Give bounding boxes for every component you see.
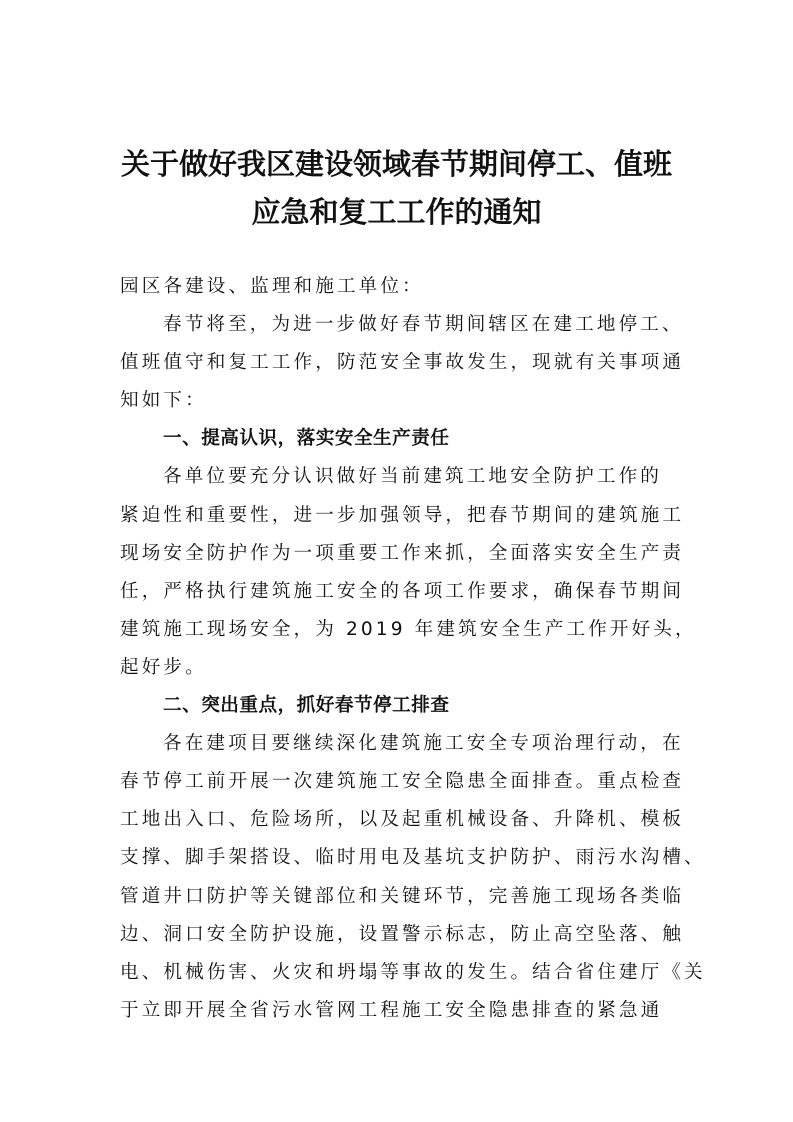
text-line: 各单位要充分认识做好当前建筑工地安全防护工作的 (120, 458, 673, 496)
text-line: 于立即开展全省污水管网工程施工安全隐患排查的紧急通 (120, 992, 673, 1030)
text-line: 各在建项目要继续深化建筑施工安全专项治理行动，在 (120, 725, 673, 763)
text-line: 管道井口防护等关键部位和关键环节，完善施工现场各类临 (120, 878, 673, 916)
section-paragraph: 各在建项目要继续深化建筑施工安全专项治理行动，在 春节停工前开展一次建筑施工安全… (120, 725, 673, 1030)
intro-paragraph: 春节将至，为进一步做好春节期间辖区在建工地停工、 值班值守和复工工作，防范安全事… (120, 306, 673, 420)
text-line: 春节停工前开展一次建筑施工安全隐患全面排查。重点检查 (120, 763, 673, 801)
title-line: 关于做好我区建设领域春节期间停工、值班 (120, 140, 673, 188)
text-line: 知如下： (120, 382, 673, 420)
text-line: 春节将至，为进一步做好春节期间辖区在建工地停工、 (120, 306, 673, 344)
text-line: 电、机械伤害、火灾和坍塌等事故的发生。结合省住建厅《关 (120, 954, 673, 992)
document-title: 关于做好我区建设领域春节期间停工、值班 应急和复工工作的通知 (120, 140, 673, 236)
document-body: 园区各建设、监理和施工单位： 春节将至，为进一步做好春节期间辖区在建工地停工、 … (120, 268, 673, 1030)
text-line: 现场安全防护作为一项重要工作来抓，全面落实安全生产责 (120, 535, 673, 573)
section-heading: 二、突出重点，抓好春节停工排查 (120, 687, 673, 725)
text-line: 建筑施工现场安全，为 2019 年建筑安全生产工作开好头， (120, 611, 673, 649)
text-line: 工地出入口、危险场所，以及起重机械设备、升降机、模板 (120, 801, 673, 839)
section-heading: 一、提高认识，落实安全生产责任 (120, 420, 673, 458)
text-line: 起好步。 (120, 649, 673, 687)
section-paragraph: 各单位要充分认识做好当前建筑工地安全防护工作的 紧迫性和重要性，进一步加强领导，… (120, 458, 673, 687)
text-line: 任，严格执行建筑施工安全的各项工作要求，确保春节期间 (120, 573, 673, 611)
text-line: 紧迫性和重要性，进一步加强领导，把春节期间的建筑施工 (120, 497, 673, 535)
text-line: 边、洞口安全防护设施，设置警示标志，防止高空坠落、触 (120, 916, 673, 954)
title-line: 应急和复工工作的通知 (120, 188, 673, 236)
text-line: 支撑、脚手架搭设、临时用电及基坑支护防护、雨污水沟槽、 (120, 839, 673, 877)
salutation: 园区各建设、监理和施工单位： (120, 268, 673, 306)
text-line: 值班值守和复工工作，防范安全事故发生，现就有关事项通 (120, 344, 673, 382)
